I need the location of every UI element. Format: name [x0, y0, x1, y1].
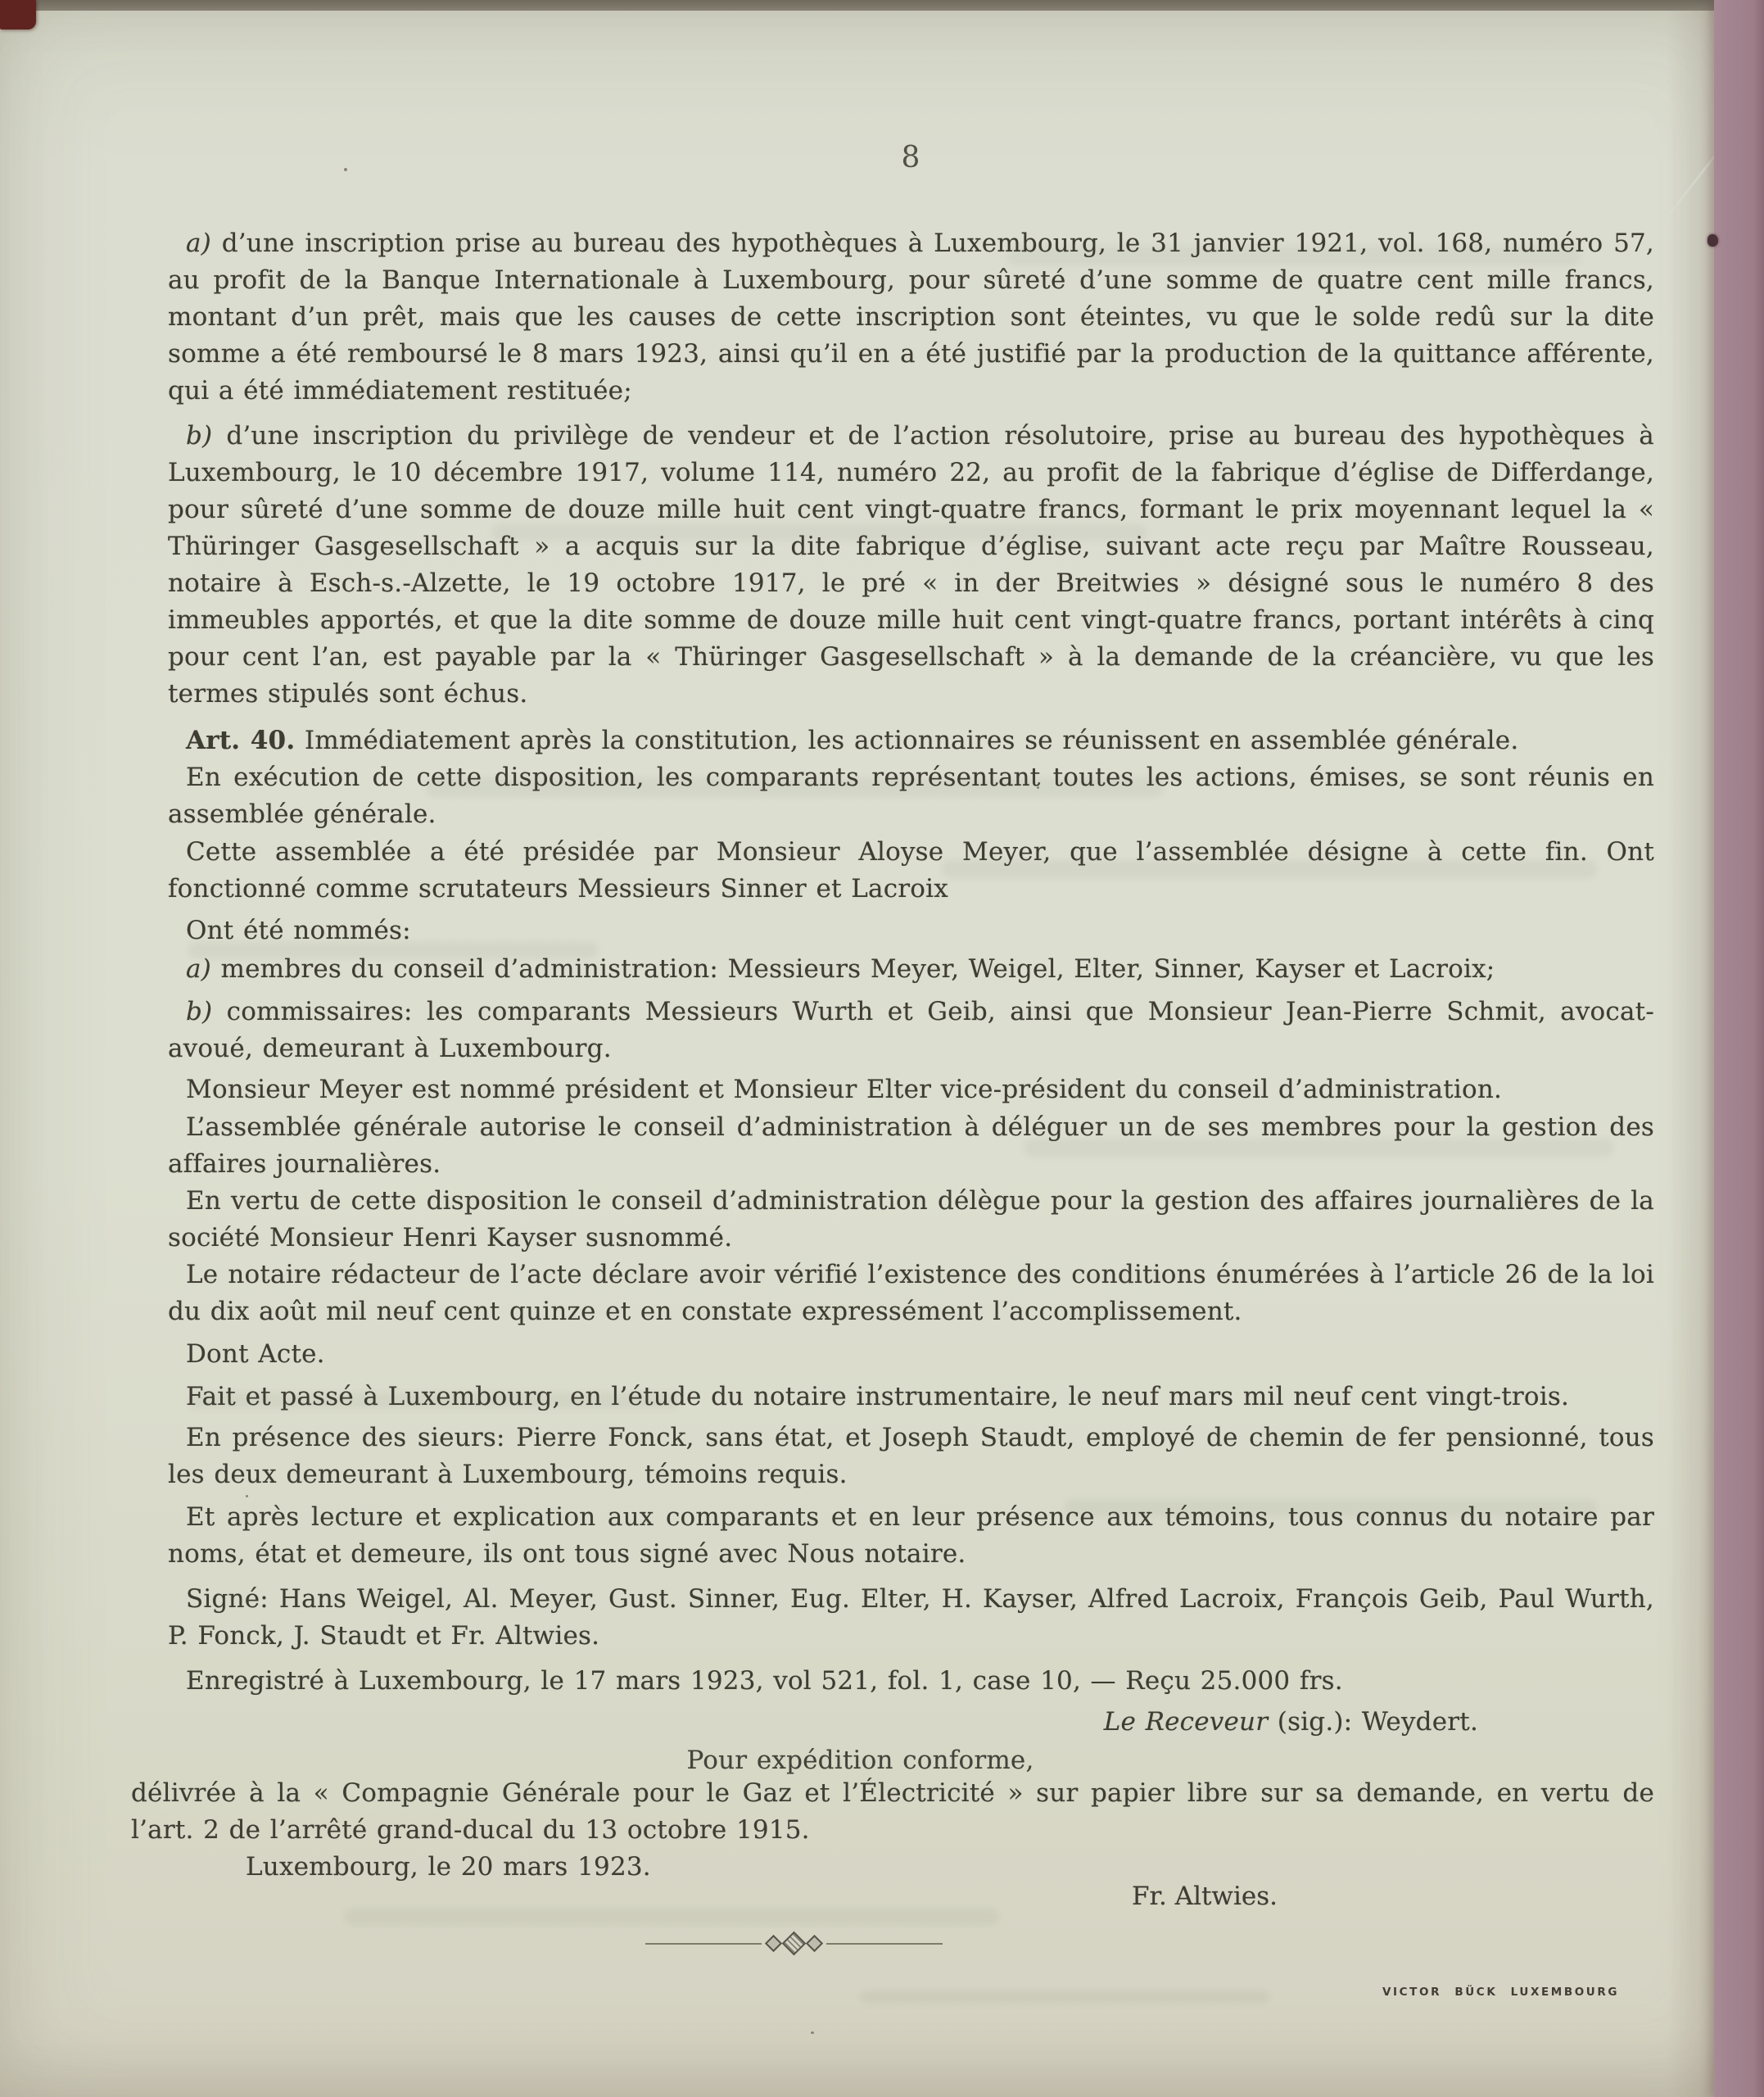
paragraph-text: Signé: Hans Weigel, Al. Meyer, Gust. Sin…	[168, 1584, 1654, 1651]
paragraph-delivrance: délivrée à la « Compagnie Générale pour …	[131, 1775, 1654, 1849]
paragraph-receveur: Le Receveur (sig.): Weydert.	[168, 1704, 1654, 1741]
paragraph-text: Enregistré à Luxembourg, le 17 mars 1923…	[186, 1666, 1343, 1696]
signature-altwies: Fr. Altwies.	[168, 1878, 1654, 1915]
page-edge-shadow	[1667, 0, 1714, 2097]
printer-imprint: VICTOR BÜCK LUXEMBOURG	[1382, 1986, 1619, 1999]
paragraph-text: En exécution de cette disposition, les c…	[168, 763, 1654, 829]
book-spine-band	[1714, 0, 1764, 2097]
paragraph-president: Monsieur Meyer est nommé président et Mo…	[168, 1071, 1654, 1108]
paragraph-signatures: Signé: Hans Weigel, Al. Meyer, Gust. Sin…	[168, 1581, 1654, 1655]
paragraph-membres-conseil: a) membres du conseil d’administration: …	[168, 951, 1654, 988]
paragraph-delegation-autorisation: L’assemblée générale autorise le conseil…	[168, 1109, 1654, 1183]
paragraph-text: En vertu de cette disposition le conseil…	[168, 1186, 1654, 1252]
ornament-rule-right	[826, 1943, 943, 1945]
item-marker: b)	[186, 997, 212, 1026]
page-number: 8	[168, 141, 1654, 174]
paragraph-text: Pour expédition conforme,	[686, 1746, 1034, 1775]
paragraph-text: Et après lecture et explication aux comp…	[168, 1502, 1654, 1569]
paragraph-temoins: En présence des sieurs: Pierre Fonck, sa…	[168, 1420, 1654, 1493]
dust-speck	[344, 168, 347, 171]
paragraph-text: En présence des sieurs: Pierre Fonck, sa…	[168, 1423, 1654, 1489]
divider-ornament	[645, 1935, 943, 1952]
lattice-diamond-icon	[782, 1932, 807, 1956]
paragraph-expedition-conforme: Pour expédition conforme,	[168, 1742, 1654, 1779]
paragraph-text: Monsieur Meyer est nommé président et Mo…	[186, 1075, 1502, 1104]
red-corner-mark	[0, 0, 36, 29]
paragraph-text: Immédiatement après la constitution, les…	[295, 726, 1518, 755]
paragraph-text: Dont Acte.	[186, 1339, 325, 1369]
paragraph-text: Fait et passé à Luxembourg, en l’étude d…	[186, 1382, 1569, 1411]
paragraph-enregistrement: Enregistré à Luxembourg, le 17 mars 1923…	[168, 1663, 1654, 1700]
paragraph-text: Cette assemblée a été présidée par Monsi…	[168, 837, 1654, 904]
paragraph-text: d’une inscription prise au bureau des hy…	[168, 229, 1654, 405]
paragraph-text: Ont été nommés:	[186, 916, 411, 945]
paragraph-text: membres du conseil d’administration: Mes…	[211, 954, 1495, 984]
paragraph-article-40: Art. 40. Immédiatement après la constitu…	[168, 722, 1654, 759]
paragraph-verification-notaire: Le notaire rédacteur de l’acte déclare a…	[168, 1257, 1654, 1330]
diamond-icon	[806, 1935, 823, 1952]
receveur-title: Le Receveur	[1104, 1707, 1269, 1737]
showthrough-smudge	[860, 1991, 1269, 2004]
paragraph-text: délivrée à la « Compagnie Générale pour …	[131, 1778, 1654, 1845]
paragraph-text: d’une inscription du privilège de vendeu…	[168, 421, 1654, 709]
paragraph-commissaires: b) commissaires: les comparants Messieur…	[168, 994, 1654, 1067]
dust-speck	[811, 2031, 814, 2034]
paragraph-text: commissaires: les comparants Messieurs W…	[168, 997, 1654, 1063]
item-marker: a)	[186, 229, 211, 258]
paragraph-text: Luxembourg, le 20 mars 1923.	[246, 1852, 651, 1882]
item-marker: a)	[186, 954, 211, 984]
ornament-rule-left	[645, 1943, 762, 1945]
dust-speck	[1037, 786, 1039, 789]
paragraph-text: (sig.): Weydert.	[1268, 1707, 1478, 1737]
scanner-bed-strip	[0, 0, 1764, 11]
paragraph-nominations-intro: Ont été nommés:	[168, 913, 1654, 949]
binding-hole	[1707, 234, 1718, 247]
paragraph-delegation-kayser: En vertu de cette disposition le conseil…	[168, 1183, 1654, 1257]
article-number: Art. 40.	[186, 726, 295, 755]
paragraph-fait-et-passe: Fait et passé à Luxembourg, en l’étude d…	[168, 1379, 1654, 1415]
paragraph-text: L’assemblée générale autorise le conseil…	[168, 1112, 1654, 1179]
document-body: a) d’une inscription prise au bureau des…	[168, 225, 1654, 1886]
scanned-document-page: 8 a) d’une inscription prise au bureau d…	[0, 0, 1764, 2097]
paragraph-presidence: Cette assemblée a été présidée par Monsi…	[168, 834, 1654, 908]
item-marker: b)	[186, 421, 212, 451]
paragraph-text: Le notaire rédacteur de l’acte déclare a…	[168, 1260, 1654, 1326]
dust-speck	[246, 1495, 248, 1497]
paragraph-inscription-a: a) d’une inscription prise au bureau des…	[168, 225, 1654, 410]
paragraph-inscription-b: b) d’une inscription du privilège de ven…	[168, 418, 1654, 713]
diamond-icon	[765, 1935, 782, 1952]
paragraph-dont-acte: Dont Acte.	[168, 1336, 1654, 1373]
paragraph-execution: En exécution de cette disposition, les c…	[168, 759, 1654, 833]
paragraph-lecture: Et après lecture et explication aux comp…	[168, 1499, 1654, 1573]
